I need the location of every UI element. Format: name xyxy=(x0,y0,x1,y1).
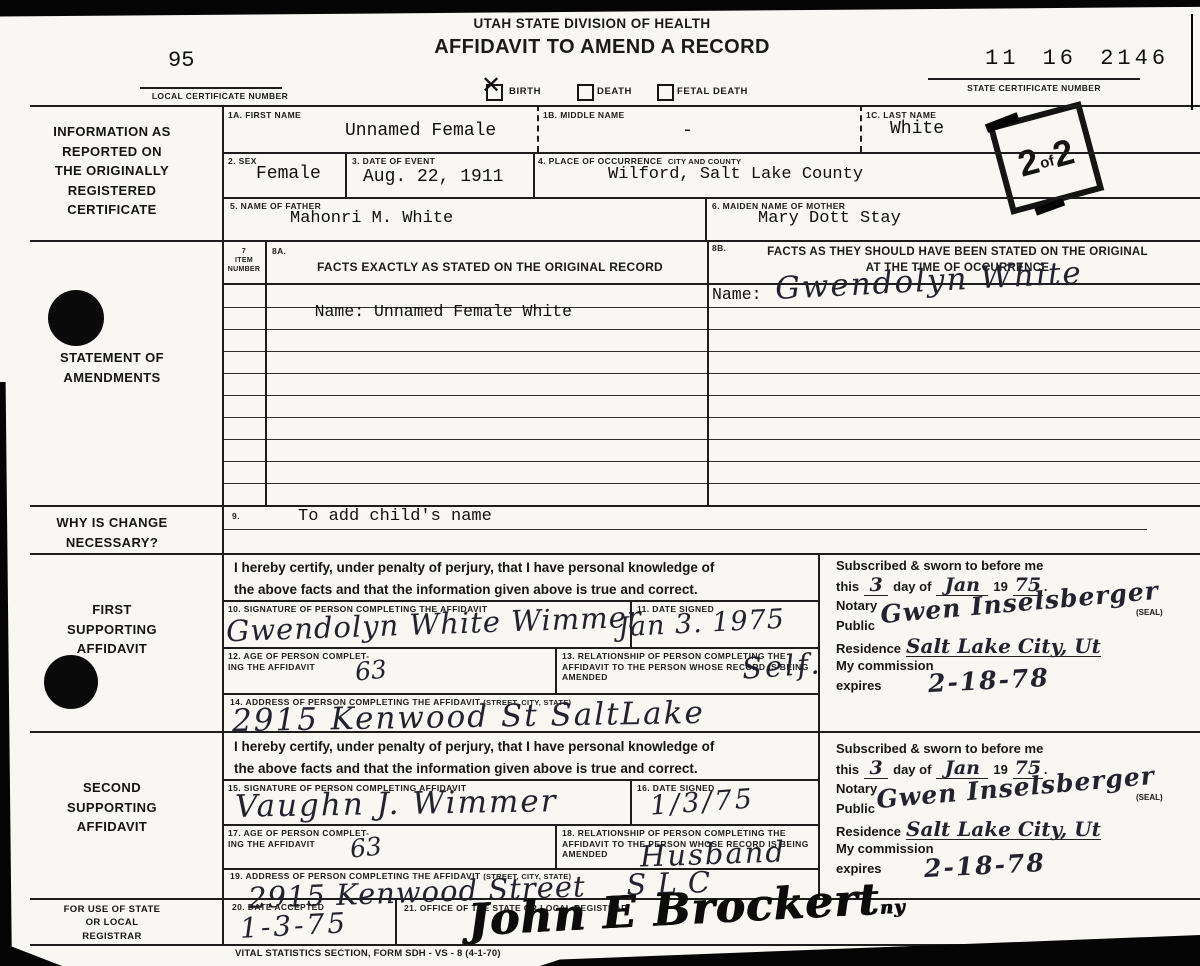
ruled-line xyxy=(222,439,1200,440)
mother-maiden-name-value: Mary Dott Stay xyxy=(758,210,901,227)
local-cert-underline xyxy=(140,87,282,89)
age2-value: 63 xyxy=(349,833,383,861)
cell-divider xyxy=(345,152,347,197)
cell-divider xyxy=(537,105,539,152)
registrar-signature-suffix: ny xyxy=(879,897,906,919)
facts-col-divider xyxy=(707,240,709,505)
local-certificate-number: 95 xyxy=(168,50,194,72)
facts-original-name-value: Unnamed Female White xyxy=(374,302,572,321)
address1-value: 2915 Kenwood St SaltLake xyxy=(232,698,705,737)
item-col-divider xyxy=(265,240,267,505)
grid-line xyxy=(222,152,1200,154)
grid-line xyxy=(30,553,1200,555)
notary2-seal: (SEAL) xyxy=(1136,793,1163,802)
relationship1-value: Self. xyxy=(741,649,823,684)
agency-name: UTAH STATE DIVISION OF HEALTH xyxy=(392,16,792,32)
grid-line xyxy=(30,505,1200,507)
grid-line xyxy=(222,647,818,649)
sidebar-border xyxy=(222,105,224,944)
cell-divider xyxy=(533,152,535,197)
notary1-residence-value: Salt Lake City, Ut xyxy=(906,636,1101,657)
ruled-line xyxy=(222,373,1200,374)
father-name-value: Mahonri M. White xyxy=(290,210,453,227)
death-checkbox xyxy=(577,84,594,101)
certification-text-2: I hereby certify, under penalty of perju… xyxy=(234,736,714,779)
state-certificate-label: STATE CERTIFICATE NUMBER xyxy=(928,83,1140,94)
local-certificate-label: LOCAL CERTIFICATE NUMBER xyxy=(140,91,300,102)
sex-value: Female xyxy=(256,165,321,183)
date-signed2-value: 1/3/75 xyxy=(649,785,756,819)
grid-line xyxy=(222,779,818,781)
notary-box-border xyxy=(818,731,820,898)
fetal-death-checkbox-label: FETAL DEATH xyxy=(677,87,748,97)
cell-divider xyxy=(555,824,557,868)
stamp-num1: 2 xyxy=(1014,143,1043,183)
ruled-line xyxy=(222,395,1200,396)
facts-original-number: 8A. xyxy=(272,246,286,257)
birth-checkbox-label: BIRTH xyxy=(509,87,541,97)
ruled-line xyxy=(222,461,1200,462)
answer-underline xyxy=(222,529,1147,530)
form-title: AFFIDAVIT TO AMEND A RECORD xyxy=(392,35,812,59)
date-of-event-value: Aug. 22, 1911 xyxy=(363,168,503,186)
ruled-line xyxy=(222,483,1200,484)
grid-line xyxy=(30,240,1200,242)
date-accepted-value: 1-3-75 xyxy=(239,909,349,943)
grid-line xyxy=(222,600,818,602)
date-of-event-label: 3. DATE OF EVENT xyxy=(352,156,435,167)
ruled-line xyxy=(222,351,1200,352)
form-number-text: VITAL STATISTICS SECTION, FORM SDH - VS … xyxy=(235,948,501,959)
why-change-value: To add child's name xyxy=(298,508,492,525)
signature2-value: Vaughn J. Wimmer xyxy=(235,786,558,823)
facts-corrected-name-label: Name: xyxy=(712,287,762,304)
notary1-day: 3 xyxy=(864,576,888,596)
certification-text-1: I hereby certify, under penalty of perju… xyxy=(234,557,714,600)
notary2-residence-line: ResidenceSalt Lake City, Ut xyxy=(836,819,1192,839)
age1-value: 63 xyxy=(354,656,388,684)
fetal-death-checkbox xyxy=(657,84,674,101)
notary2-sworn-text: Subscribed & sworn to before me xyxy=(836,739,1192,759)
sidebar-registrar-use-label: FOR USE OF STATE OR LOCAL REGISTRAR xyxy=(57,903,167,943)
grid-line xyxy=(222,824,818,826)
punch-hole xyxy=(44,655,98,709)
facts-original-name-entry: Name: Unnamed Female White xyxy=(275,287,572,337)
birth-x-mark: ✕ xyxy=(481,73,501,97)
death-checkbox-label: DEATH xyxy=(597,87,632,97)
item-number-col-header: 7 ITEM NUMBER xyxy=(224,247,264,274)
facts-original-title: FACTS EXACTLY AS STATED ON THE ORIGINAL … xyxy=(280,259,700,275)
sidebar-original-info-label: INFORMATION AS REPORTED ON THE ORIGINALL… xyxy=(52,122,172,220)
cell-divider xyxy=(705,197,707,240)
sidebar-statement-label: STATEMENT OF AMENDMENTS xyxy=(52,348,172,387)
sidebar-why-change-label: WHY IS CHANGE NECESSARY? xyxy=(42,513,182,552)
notary1-sworn-text: Subscribed & sworn to before me xyxy=(836,556,1192,576)
state-cert-underline xyxy=(928,78,1140,80)
sidebar-first-affidavit-label: FIRST SUPPORTING AFFIDAVIT xyxy=(52,600,172,659)
why-change-item-number: 9. xyxy=(232,511,240,522)
notary1-expires-value: 2-18-78 xyxy=(927,665,1050,696)
notary1-seal: (SEAL) xyxy=(1136,608,1163,617)
first-name-value: Unnamed Female xyxy=(345,122,496,140)
cell-divider xyxy=(555,647,557,693)
state-certificate-number: 11 16 2146 xyxy=(985,48,1169,70)
notary2-expires-value: 2-18-78 xyxy=(923,850,1046,881)
notary-block-2: Subscribed & sworn to before me this3day… xyxy=(836,739,1192,879)
place-of-occurrence-value: Wilford, Salt Lake County xyxy=(608,166,863,183)
scanned-affidavit-page: 95 LOCAL CERTIFICATE NUMBER UTAH STATE D… xyxy=(0,0,1200,966)
cell-divider xyxy=(860,105,862,152)
notary-box-border xyxy=(818,553,820,731)
grid-line xyxy=(222,693,818,695)
scan-edge-right xyxy=(1191,14,1193,110)
middle-name-label: 1B. MIDDLE NAME xyxy=(543,110,625,121)
grid-line xyxy=(222,197,1200,199)
cell-divider xyxy=(630,779,632,824)
sex-label: 2. SEX xyxy=(228,156,257,167)
sidebar-second-affidavit-label: SECOND SUPPORTING AFFIDAVIT xyxy=(52,778,172,837)
punch-hole xyxy=(48,290,104,346)
grid-line xyxy=(30,105,1200,107)
notary2-day: 3 xyxy=(864,759,888,779)
notary2-residence-value: Salt Lake City, Ut xyxy=(906,819,1101,840)
last-name-value: White xyxy=(890,120,944,138)
notary1-residence-line: ResidenceSalt Lake City, Ut xyxy=(836,636,1192,656)
middle-name-value: - xyxy=(682,122,693,140)
ruled-line xyxy=(222,417,1200,418)
notary-block-1: Subscribed & sworn to before me this3day… xyxy=(836,556,1192,696)
first-name-label: 1A. FIRST NAME xyxy=(228,110,301,121)
